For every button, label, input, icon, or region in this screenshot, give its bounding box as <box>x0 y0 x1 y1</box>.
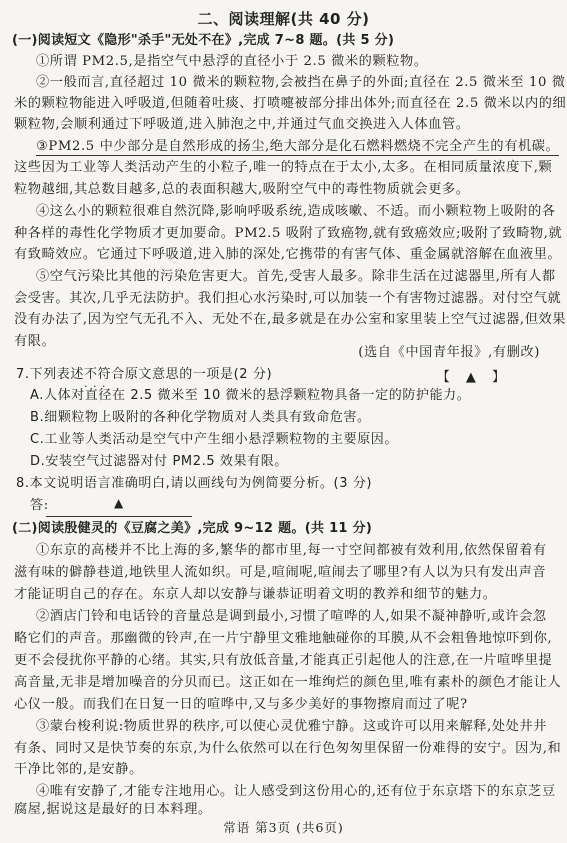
q7-emphasis-dotted: 不符合 <box>84 367 125 382</box>
passage1-line: 会受害。其次,几乎无法防护。我们担心水污染时,可以加装一个有害物过滤器。对付空气… <box>14 290 554 308</box>
section-title: 二、阅读理解(共 40 分) <box>0 8 567 29</box>
passage2-line: 高音量,无非是增加噪音的分贝而已。这正如在一堆绚烂的颜色里,唯有素朴的颜色才能让… <box>14 674 554 692</box>
q7-option-c: C.工业等人类活动是空气中产生细小悬浮颗粒物的主要原因。 <box>30 431 567 449</box>
passage1-underlined-line: ③PM2.5 中少部分是自然形成的扬尘,绝大部分是化石燃料燃烧不完全产生的有机碳… <box>36 138 567 156</box>
passage1-source: (选自《中国青年报》,有删改) <box>300 344 540 362</box>
passage2-line: 干净比邻的,是安静。 <box>14 761 554 779</box>
q7-answer-bracket: 【 ▲ 】 <box>437 366 511 385</box>
exam-page: 二、阅读理解(共 40 分) (一)阅读短文《隐形"杀手"无处不在》,完成 7~… <box>0 0 567 843</box>
passage2-line: 滋有味的僻静巷道,地铁里人流如织。可是,喧闹呢,喧闹去了哪里?有人以为只有发出声… <box>14 564 554 582</box>
passage2-line: 腐屋,据说这是最好的日本料理。 <box>14 801 554 819</box>
passage1-line: 种各样的毒性化学物质才更加要命。PM2.5 吸附了致癌物,就有致癌效应;吸附了致… <box>14 225 554 243</box>
passage1-line: ②一般而言,直径超过 10 微米的颗粒物,会被挡在鼻子的外面;直径在 2.5 微… <box>36 74 567 92</box>
page-footer: 常语 第3页 (共6页) <box>0 818 567 836</box>
q7-option-d: D.安装空气过滤器对付 PM2.5 效果有限。 <box>30 453 567 471</box>
passage2-line: ①东京的高楼并不比上海的多,繁华的都市里,每一寸空间都被有效利用,依然保留着有 <box>36 542 567 560</box>
q8-answer-mark: ▲ <box>114 496 123 510</box>
passage1-line: ①所谓 PM2.5,是指空气中悬浮的直径小于 2.5 微米的颗粒物。 <box>36 53 567 71</box>
passage1-line: 颗粒物,会顺利通过下呼吸道,进入肺泡之中,并通过气血交换进入人体血管。 <box>14 116 554 134</box>
passage2-line: 略它们的声音。那幽微的铃声,在一片宁静里文雅地触碰你的耳膜,从不会粗鲁地惊吓到你… <box>14 630 554 648</box>
passage1-line: ⑤空气污染比其他的污染危害更大。首先,受害人最多。除非生活在过滤器里,所有人都 <box>36 268 567 286</box>
passage2-line: 有条、同时又是快节奏的东京,为什么依然可以在行色匆匆里保留一份难得的安宁。因为,… <box>14 740 554 758</box>
q7-stem-post: 原文意思的一项是(2 分) <box>125 367 272 382</box>
passage2-line: 更不会侵扰你平静的心绪。其实,只有放低音量,才能真正引起他人的注意,在一片喧哗里… <box>14 652 554 670</box>
q7-option-b: B.细颗粒物上吸附的各种化学物质对人类具有致命危害。 <box>30 409 567 427</box>
passage2-line: ④唯有安静了,才能专注地用心。让人感受到这份用心的,还有位于东京塔下的东京芝豆 <box>36 783 567 801</box>
passage1-line: 有致畸效应。它通过下呼吸道,进入肺的深处,它携带的有害气体、重金属就溶解在血液里… <box>14 246 554 264</box>
passage1-line: 没有办法了,因为空气无孔不入、无处不在,最多就是在办公室和家里装上空气过滤器,但… <box>14 311 554 329</box>
passage1-line: 米的颗粒物能进入呼吸道,但随着吐痰、打喷嚏被部分排出体外;而直径在 2.5 微米… <box>14 95 554 113</box>
passage2-line: ②酒店门铃和电话铃的音量总是调到最小,习惯了喧哗的人,如果不凝神静听,或许会忽 <box>36 608 567 626</box>
passage2-line: 才能证明自己的存在。东京人却以安静与谦恭证明着文明的教养和细节的魅力。 <box>14 586 554 604</box>
q7-option-a: A.人体对直径在 2.5 微米至 10 微米的悬浮颗粒物具备一定的防护能力。 <box>30 387 567 405</box>
q7-stem-pre: 7.下列表述 <box>16 367 84 382</box>
underlined-sentence: ③PM2.5 中少部分是自然形成的扬尘,绝大部分是化石燃料燃烧不完全产生的有机碳… <box>36 139 559 156</box>
passage2-line: ③蒙台梭利说:物质世界的秩序,可以使心灵优雅宁静。这或许可以用来解释,处处井井 <box>36 718 567 736</box>
part2-heading: (二)阅读殷健灵的《豆腐之美》,完成 9~12 题。(共 11 分) <box>12 520 552 538</box>
passage1-line: 粒物越细,其总数目越多,总的表面积越大,吸附空气中的毒性物质就会更多。 <box>14 181 554 199</box>
part1-heading: (一)阅读短文《隐形"杀手"无处不在》,完成 7~8 题。(共 5 分) <box>12 32 552 50</box>
question-8-stem: 8.本文说明语言准确明白,请以画线句为例简要分析。(3 分) <box>16 475 556 493</box>
passage2-line: 心仪一般。而我们在日复一日的喧哗中,又与多少美好的事物擦肩而过了呢? <box>14 696 554 714</box>
passage1-line: ④这么小的颗粒很难自然沉降,影响呼吸系统,造成咳嗽、不适。而小颗粒物上吸附的各 <box>36 203 567 221</box>
passage1-line: 这些因为工业等人类活动产生的小粒子,唯一的特点在于太小,太多。在相同质量浓度下,… <box>14 159 554 177</box>
